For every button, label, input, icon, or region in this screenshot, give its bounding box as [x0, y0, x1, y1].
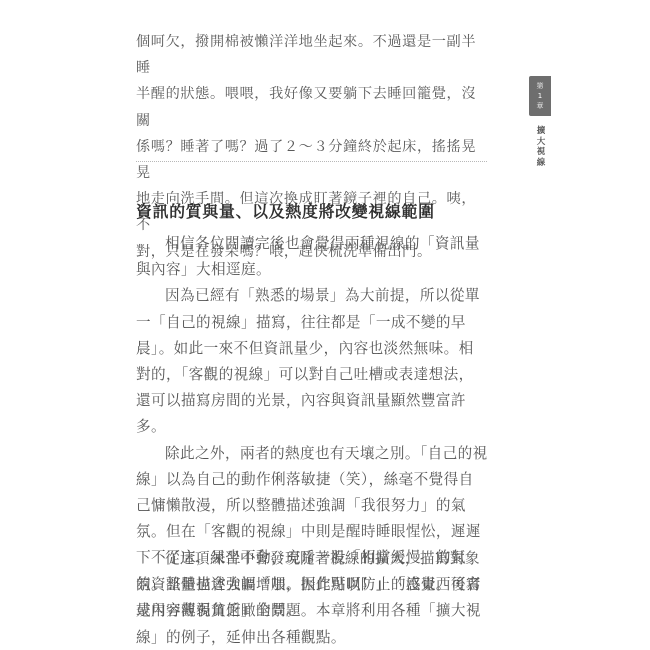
body-paragraph: 相信各位閱讀完後也會覺得兩種視線的「資訊量與內容」大相逕庭。 — [136, 231, 488, 283]
book-page: 個呵欠，撥開棉被懶洋洋地坐起來。不過還是一副半睡 半醒的狀態。喂喂，我好像又要躺… — [0, 0, 650, 650]
chapter-tab-char: 1 — [529, 91, 551, 101]
dotted-divider — [136, 161, 487, 162]
closing-text: 從這項練習中會發現隨著視線的擴大，描寫對象的資訊量也會大幅增加。因此可以防止「沒… — [136, 546, 488, 650]
chapter-tab: 第 1 章 — [529, 76, 551, 116]
intro-line: 半醒的狀態。喂喂，我好像又要躺下去睡回籠覺，沒關 — [136, 81, 488, 133]
chapter-side-char: 大 — [535, 137, 547, 148]
chapter-side-char: 線 — [535, 158, 547, 169]
chapter-side-label: 擴 大 視 線 — [535, 126, 547, 168]
chapter-tab-char: 章 — [529, 101, 551, 111]
section-title: 資訊的質與量、以及熱度將改變視線範圍 — [136, 199, 488, 222]
intro-paragraph: 個呵欠，撥開棉被懶洋洋地坐起來。不過還是一副半睡 半醒的狀態。喂喂，我好像又要躺… — [136, 29, 488, 265]
chapter-tab-char: 第 — [529, 81, 551, 91]
intro-line: 個呵欠，撥開棉被懶洋洋地坐起來。不過還是一副半睡 — [136, 29, 488, 81]
chapter-side-char: 擴 — [535, 126, 547, 137]
closing-paragraph: 從這項練習中會發現隨著視線的擴大，描寫對象的資訊量也會大幅增加。因此可以防止「沒… — [136, 546, 488, 650]
body-paragraph: 因為已經有「熟悉的場景」為大前提，所以從單一「自己的視線」描寫，往往都是「一成不… — [136, 283, 488, 440]
chapter-side-char: 視 — [535, 147, 547, 158]
